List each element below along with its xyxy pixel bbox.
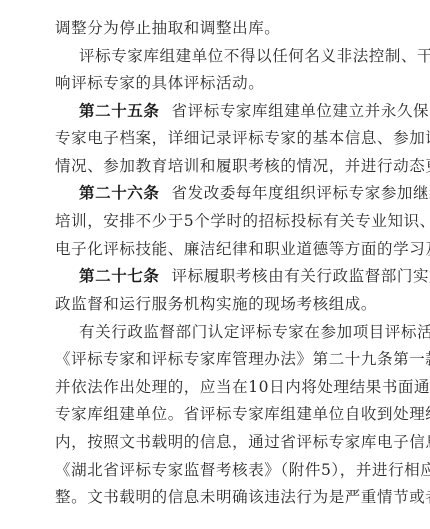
article-text: 省评标专家库组建单位建立并永久保存评标	[172, 102, 430, 120]
article-text: 省发改委每年度组织评标专家参加继续教育	[172, 184, 430, 202]
text-line: 培训，安排不少于5个学时的招标投标有关专业知识、法律法规、	[55, 211, 407, 231]
text-line: 专家电子档案，详细记录评标专家的基本信息、参加评标的具体	[55, 128, 407, 148]
document-page: 调整分为停止抽取和调整出库。 评标专家库组建单位不得以任何名义非法控制、干预或者…	[0, 0, 430, 529]
text-line: 有关行政监督部门认定评标专家在参加项目评标活动中，有	[79, 322, 407, 342]
article-heading: 第二十七条	[79, 267, 160, 285]
article-27-line: 第二十七条评标履职考核由有关行政监督部门实施的行	[79, 266, 407, 286]
article-25-line: 第二十五条省评标专家库组建单位建立并永久保存评标	[79, 101, 407, 121]
text-line: 电子化评标技能、廉洁纪律和职业道德等方面的学习及测试。	[55, 239, 407, 259]
text-line: 《评标专家和评标专家库管理办法》第二十九条第一款所列情形	[55, 349, 407, 369]
article-heading: 第二十六条	[79, 184, 160, 202]
text-line: 并依法作出处理的，应当在10日内将处理结果书面通报省评标	[55, 377, 407, 397]
text-line: 整。文书载明的信息未明确该违法行为是严重情节或者特别严重	[55, 487, 407, 507]
article-26-line: 第二十六条省发改委每年度组织评标专家参加继续教育	[79, 183, 407, 203]
text-line: 专家库组建单位。省评标专家库组建单位自收到处理结果5日	[55, 404, 407, 424]
text-line: 评标专家库组建单位不得以任何名义非法控制、干预或者影	[79, 46, 407, 66]
article-heading: 第二十五条	[79, 102, 160, 120]
article-text: 评标履职考核由有关行政监督部门实施的行	[172, 267, 430, 285]
text-line: 调整分为停止抽取和调整出库。	[55, 18, 407, 38]
text-line: 政监督和运行服务机构实施的现场考核组成。	[55, 294, 407, 314]
text-line: 响评标专家的具体评标活动。	[55, 73, 407, 93]
text-line: 内，按照文书载明的信息，通过省评标专家库电子信息系统提交	[55, 432, 407, 452]
text-line: 情况、参加教育培训和履职考核的情况，并进行动态更新。	[55, 156, 407, 176]
text-line: 《湖北省评标专家监督考核表》（附件5），并进行相应的动态调	[55, 460, 407, 480]
